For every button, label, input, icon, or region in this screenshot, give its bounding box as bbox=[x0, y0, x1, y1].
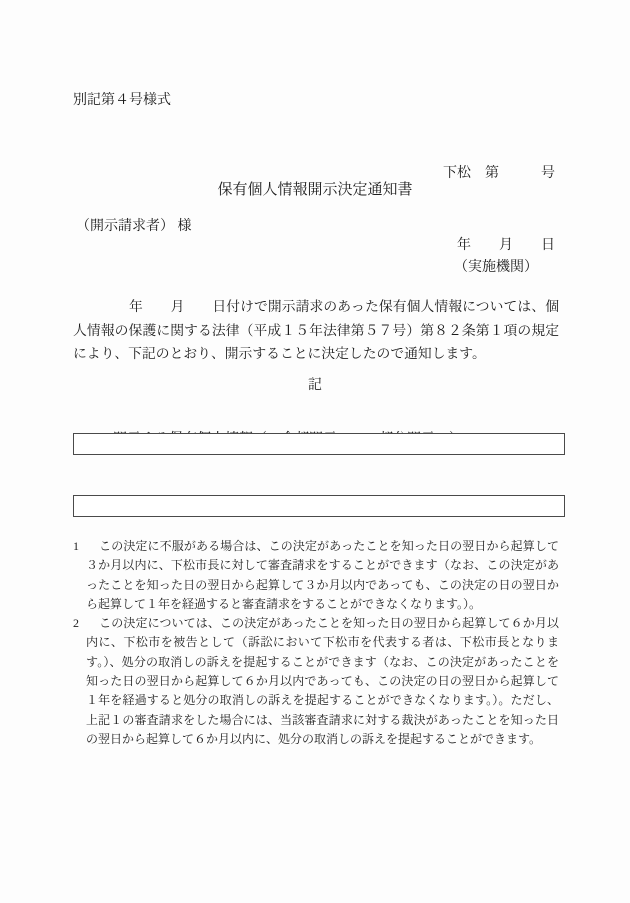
note-1: 1この決定に不服がある場合は、この決定があったことを知った日の翌日から起算して３… bbox=[73, 537, 559, 614]
nondisclosed-reason-box[interactable] bbox=[73, 495, 565, 517]
disclosed-info-box[interactable] bbox=[73, 433, 565, 455]
note-2: 2この決定については、この決定があったことを知った日の翌日から起算して６か月以内… bbox=[73, 614, 559, 749]
body-paragraph: 年 月 日付けで開示請求のあった保有個人情報については、個人情報の保護に関する法… bbox=[73, 295, 559, 366]
document-header-right: 下松 第 号 年 月 日 bbox=[443, 114, 555, 306]
note-1-text: この決定に不服がある場合は、この決定があったことを知った日の翌日から起算して３か… bbox=[86, 539, 559, 611]
page-title: 保有個人情報開示決定通知書 bbox=[0, 178, 630, 199]
document-page: 別記第４号様式 下松 第 号 年 月 日 保有個人情報開示決定通知書 （開示請求… bbox=[0, 0, 630, 903]
issuing-authority: （実施機関） bbox=[454, 256, 538, 276]
ki-marker: 記 bbox=[0, 374, 630, 394]
addressee-line: （開示請求者） 様 bbox=[76, 215, 192, 235]
note-2-text: この決定については、この決定があったことを知った日の翌日から起算して６か月以内に… bbox=[86, 616, 559, 746]
legal-notes: 1この決定に不服がある場合は、この決定があったことを知った日の翌日から起算して３… bbox=[73, 537, 559, 749]
document-date-line: 年 月 日 bbox=[443, 234, 555, 258]
note-1-number: 1 bbox=[73, 539, 79, 553]
form-number: 別記第４号様式 bbox=[73, 89, 171, 109]
note-2-number: 2 bbox=[73, 616, 79, 630]
